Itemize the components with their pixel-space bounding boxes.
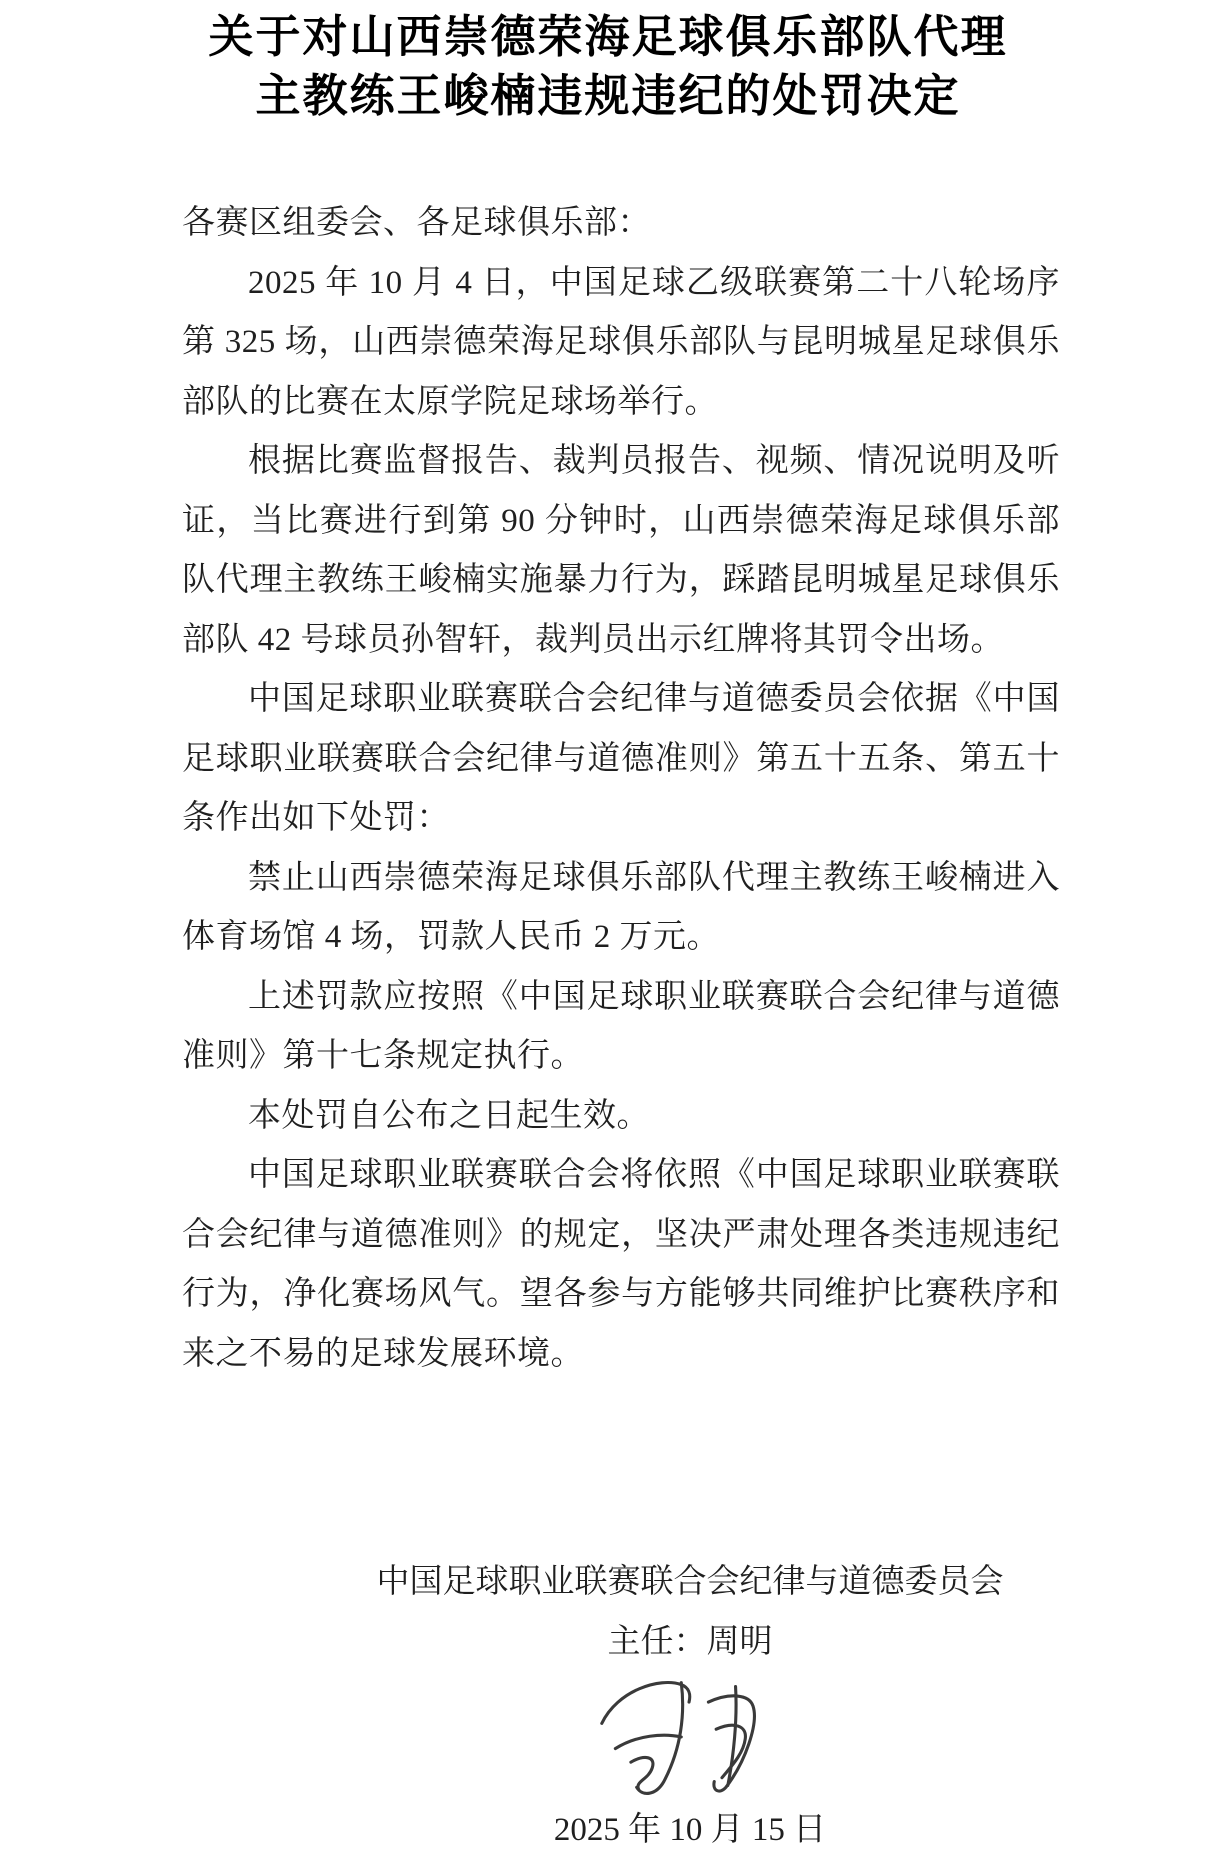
closing-block: 中国足球职业联赛联合会纪律与道德委员会 主任：周明 2025 年 10 月 15…: [82, 1552, 1216, 1860]
paragraph-7: 中国足球职业联赛联合会将依照《中国足球职业联赛联合会纪律与道德准则》的规定，坚决…: [182, 1146, 1060, 1384]
document-title-line-1: 关于对山西崇德荣海足球俱乐部队代理: [0, 8, 1216, 67]
paragraph-3: 中国足球职业联赛联合会纪律与道德委员会依据《中国足球职业联赛联合会纪律与道德准则…: [182, 670, 1060, 849]
document-title: 关于对山西崇德荣海足球俱乐部队代理 主教练王峻楠违规违纪的处罚决定: [0, 0, 1216, 126]
paragraph-4: 禁止山西崇德荣海足球俱乐部队代理主教练王峻楠进入体育场馆 4 场，罚款人民币 2…: [182, 849, 1060, 968]
closing-organization: 中国足球职业联赛联合会纪律与道德委员会: [82, 1552, 1216, 1612]
closing-signer: 主任：周明: [82, 1612, 1216, 1672]
signature-image: [82, 1672, 1216, 1800]
paragraph-1: 2025 年 10 月 4 日，中国足球乙级联赛第二十八轮场序第 325 场，山…: [182, 254, 1060, 433]
salutation: 各赛区组委会、各足球俱乐部：: [182, 194, 1060, 254]
document-page: 关于对山西崇德荣海足球俱乐部队代理 主教练王峻楠违规违纪的处罚决定 各赛区组委会…: [0, 0, 1216, 1876]
paragraph-2: 根据比赛监督报告、裁判员报告、视频、情况说明及听证，当比赛进行到第 90 分钟时…: [182, 432, 1060, 670]
document-title-line-2: 主教练王峻楠违规违纪的处罚决定: [0, 67, 1216, 126]
paragraph-5: 上述罚款应按照《中国足球职业联赛联合会纪律与道德准则》第十七条规定执行。: [182, 968, 1060, 1087]
paragraph-6: 本处罚自公布之日起生效。: [182, 1087, 1060, 1147]
document-body: 各赛区组委会、各足球俱乐部： 2025 年 10 月 4 日，中国足球乙级联赛第…: [0, 194, 1216, 1384]
closing-date: 2025 年 10 月 15 日: [82, 1800, 1216, 1860]
